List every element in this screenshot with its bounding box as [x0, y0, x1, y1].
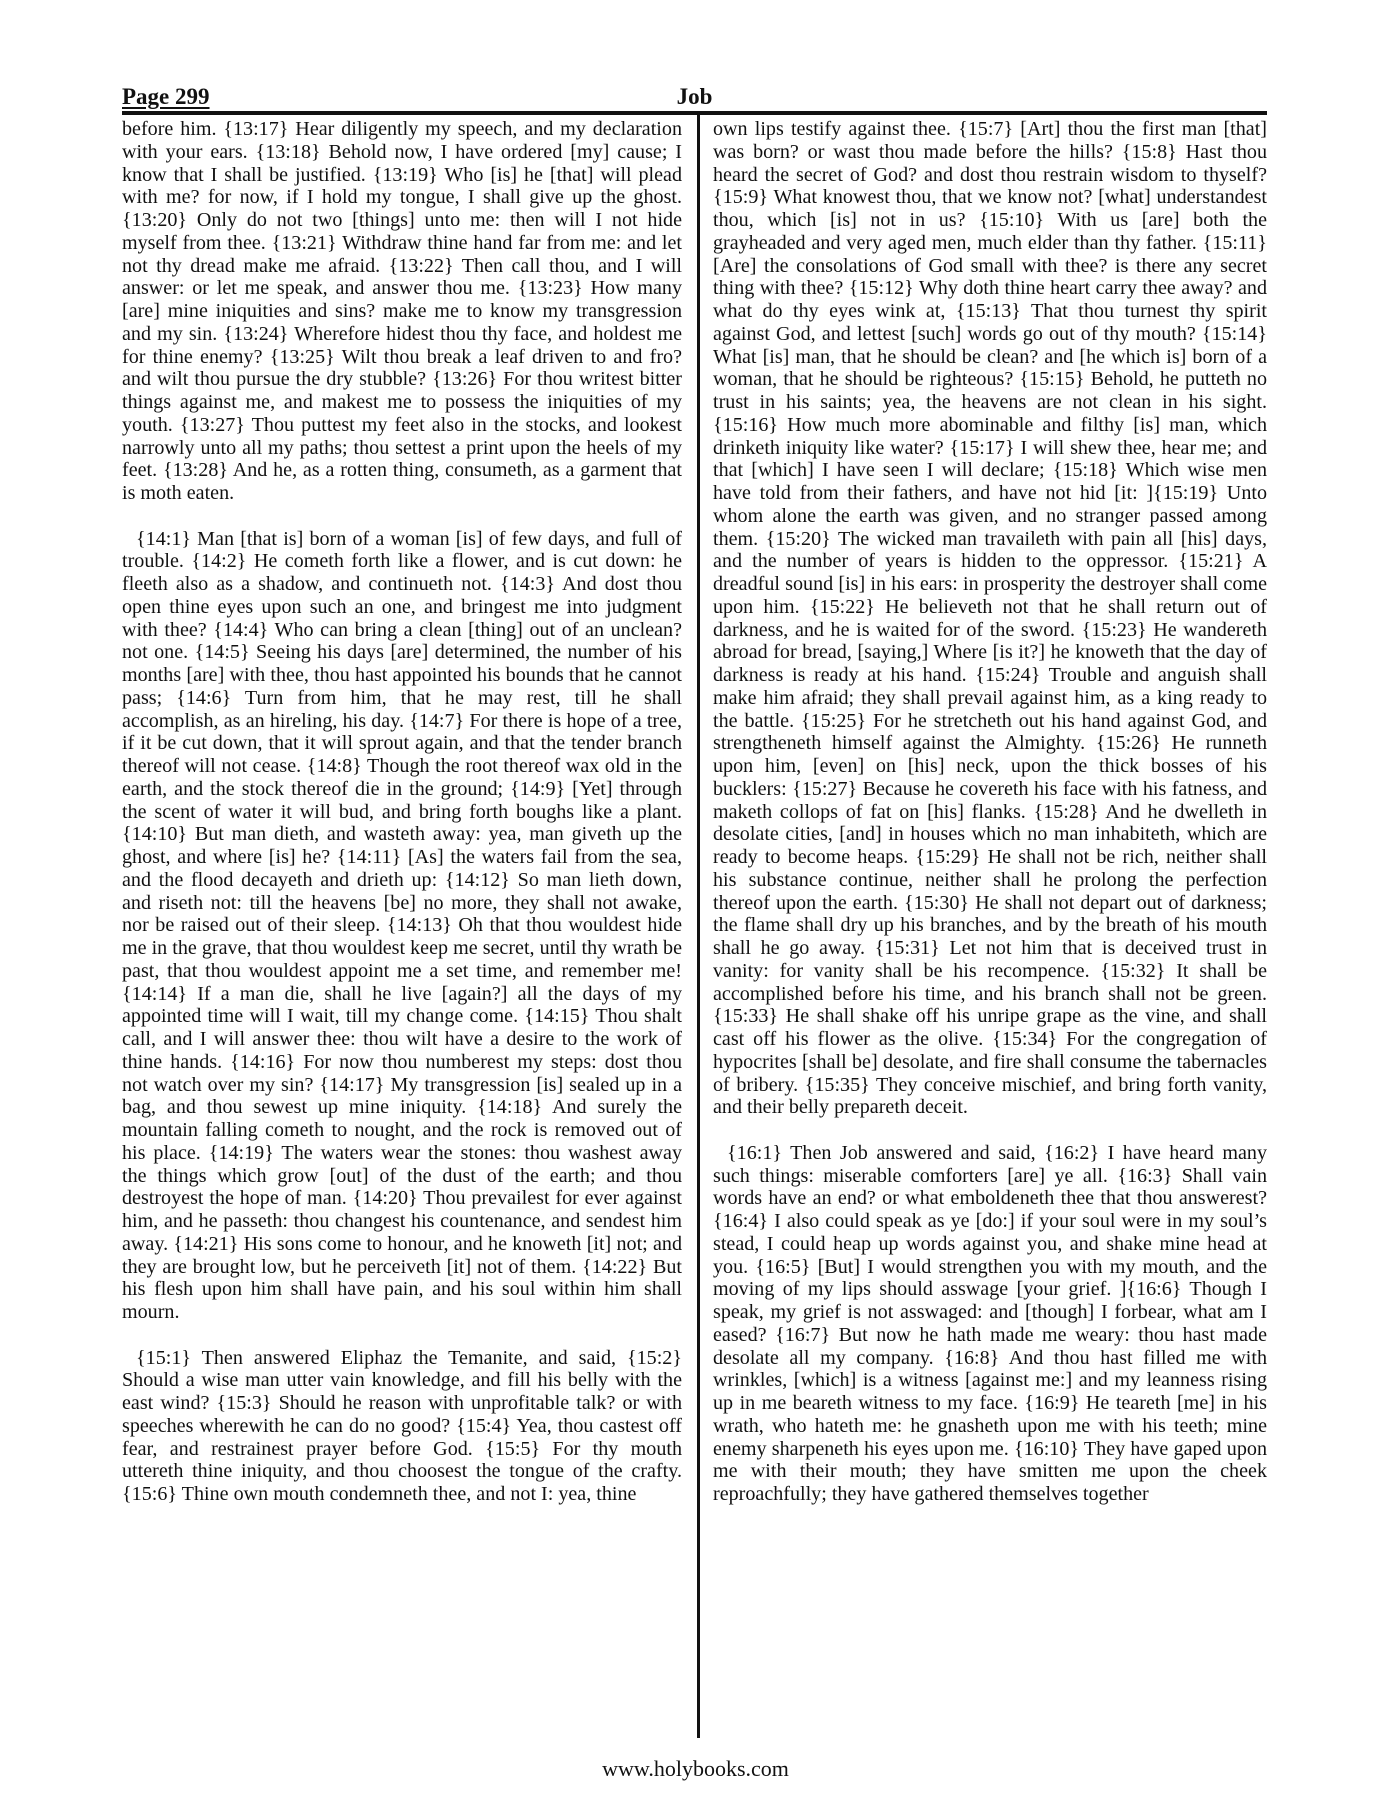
page-number: Page 299	[122, 84, 210, 110]
paragraph-job-13-continued: before him. {13:17} Hear diligently my s…	[122, 118, 682, 505]
paragraph-job-15-start: {15:1} Then answered Eliphaz the Temanit…	[122, 1347, 682, 1506]
column-divider	[697, 113, 700, 1738]
footer-site-link[interactable]: www.holybooks.com	[0, 1756, 1391, 1782]
header-rule	[122, 111, 1267, 115]
paragraph-job-14: {14:1} Man [that is] born of a woman [is…	[122, 528, 682, 1324]
paragraph-job-15-continued: own lips testify against thee. {15:7} [A…	[713, 118, 1267, 1119]
right-column: own lips testify against thee. {15:7} [A…	[713, 118, 1267, 1506]
book-title: Job	[122, 84, 1267, 110]
left-column: before him. {13:17} Hear diligently my s…	[122, 118, 682, 1506]
paragraph-job-16: {16:1} Then Job answered and said, {16:2…	[713, 1142, 1267, 1506]
page-header: Job Page 299	[122, 84, 1267, 114]
